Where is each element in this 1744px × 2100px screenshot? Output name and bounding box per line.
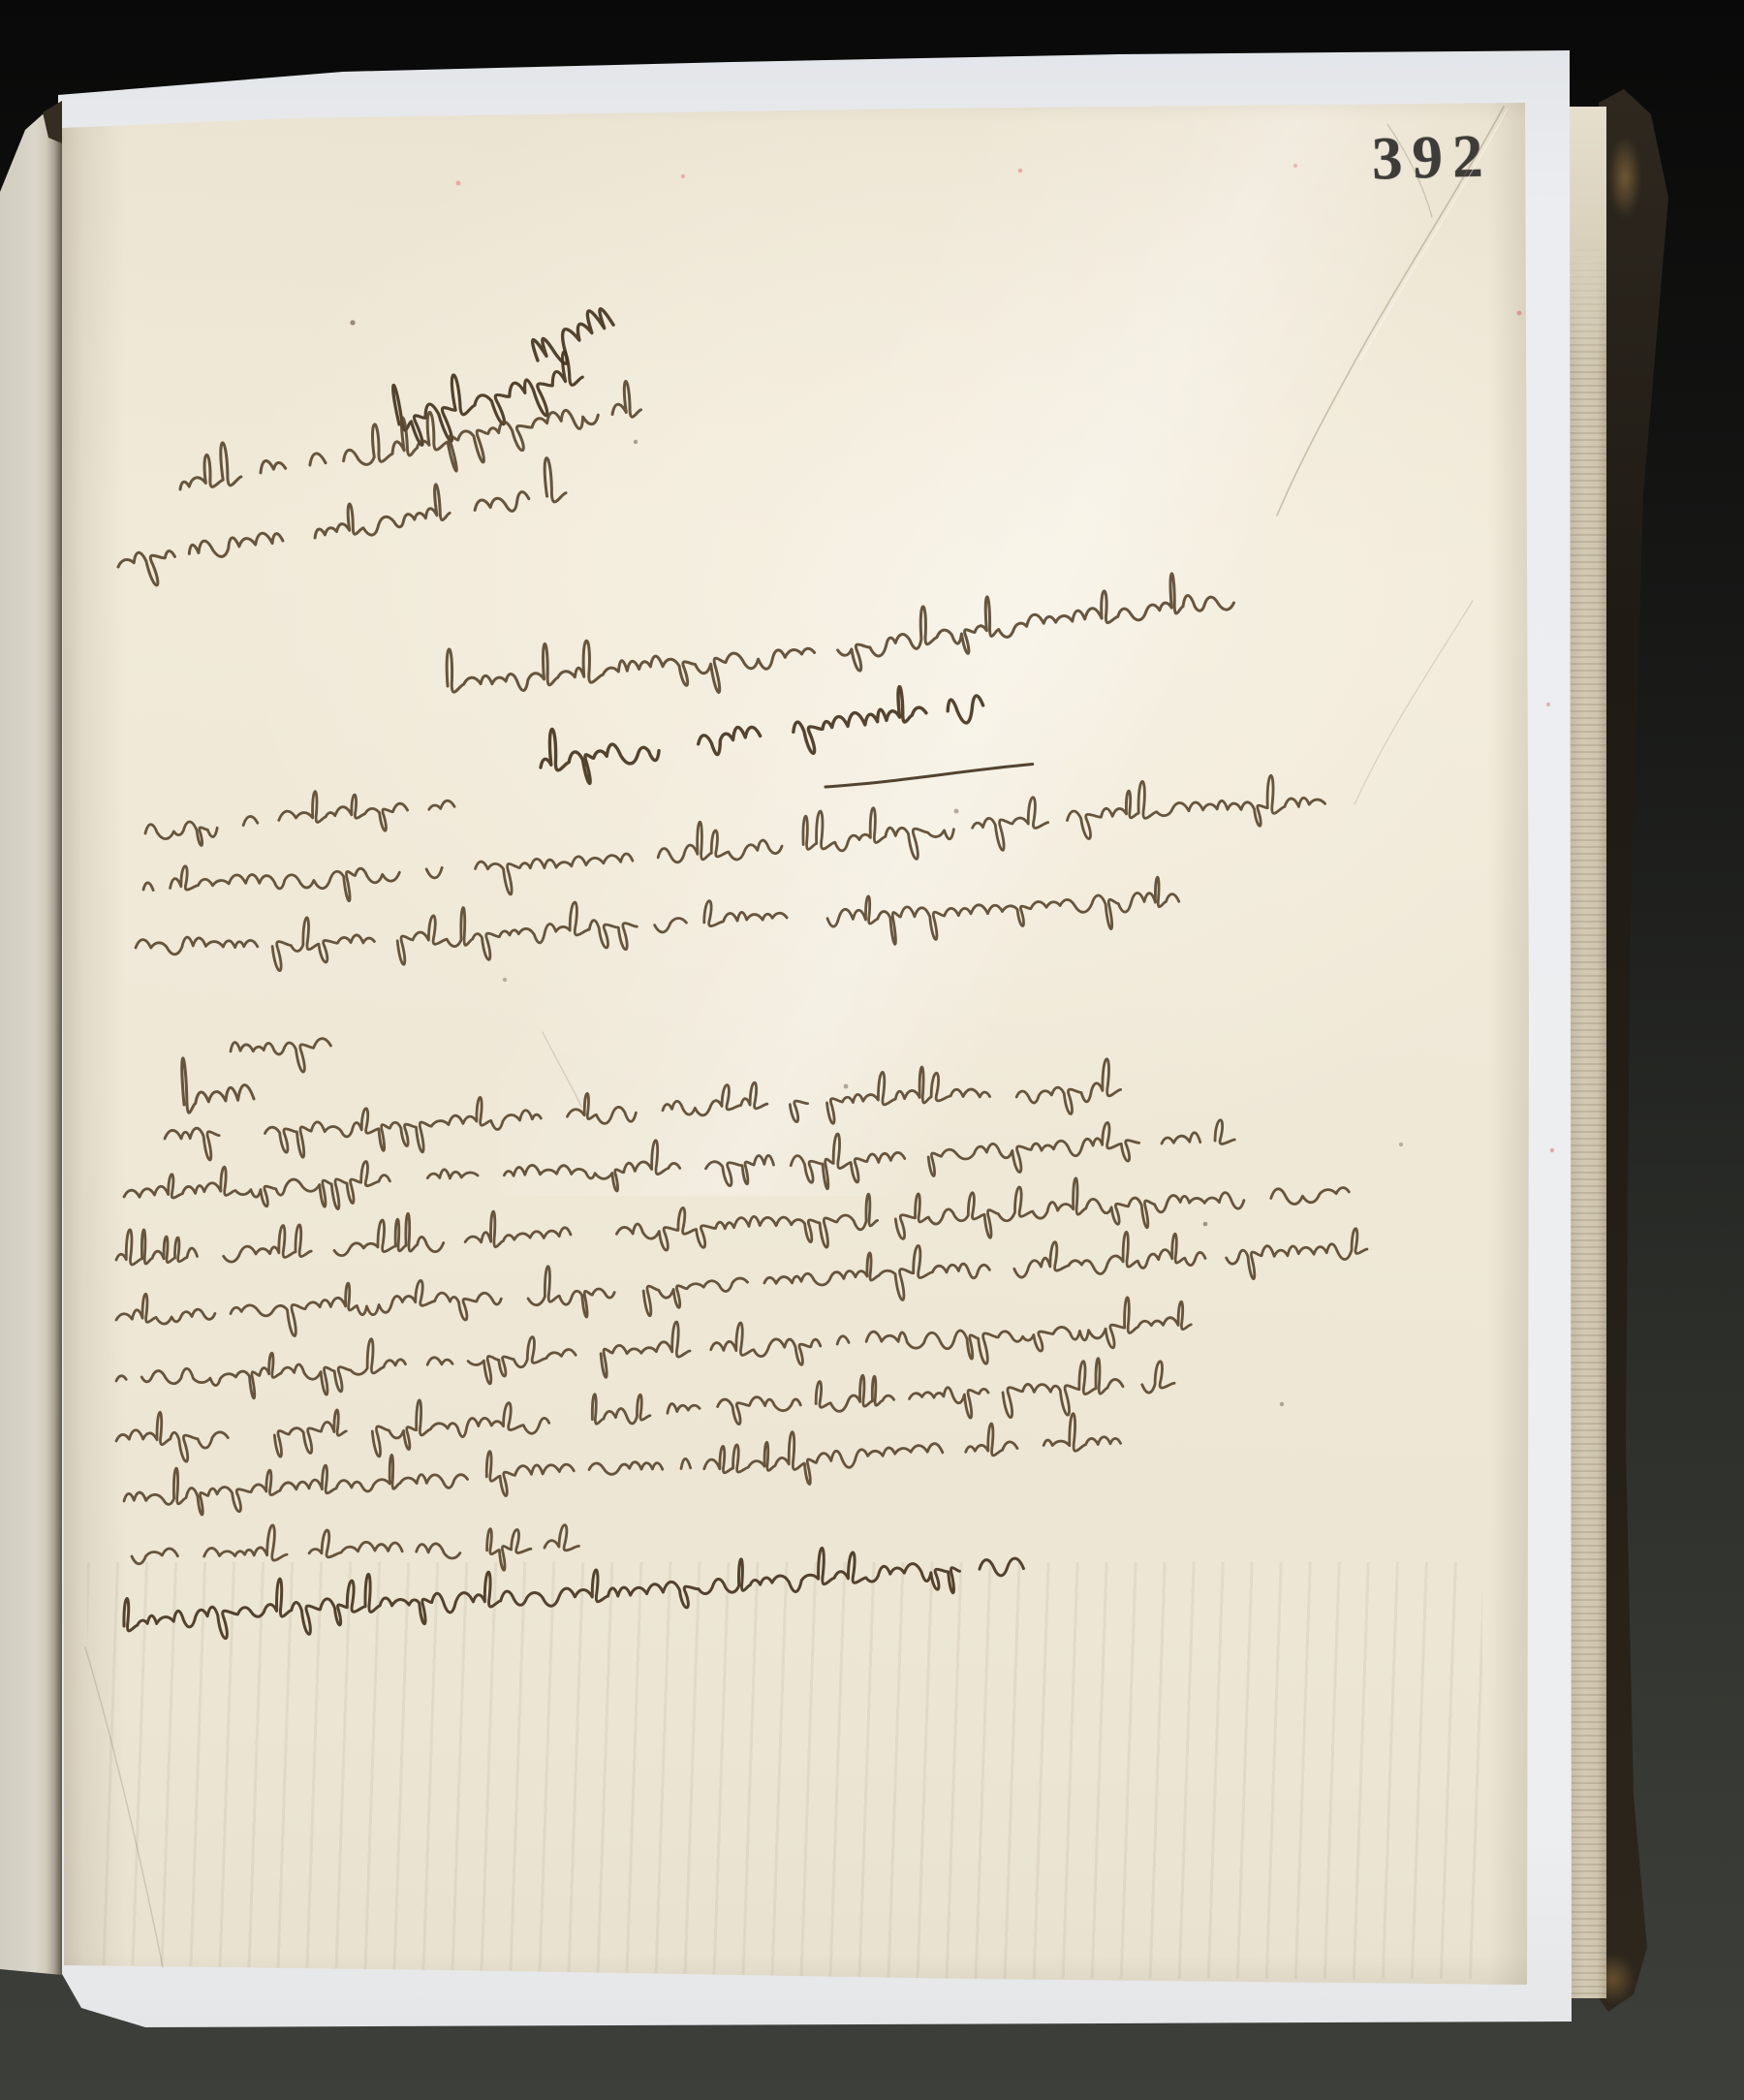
page-light-sheen (501, 97, 1533, 1196)
photograph-of-manuscript: 392 (0, 0, 1744, 2100)
page-wrinkle-texture (87, 1562, 1482, 1979)
cover-worn-corner-top (1608, 136, 1641, 219)
left-gutter-pages (0, 105, 62, 1985)
page-block-fore-edge (1570, 107, 1606, 1998)
foxing-specks (0, 0, 2, 2)
manuscript-page: 392 (58, 97, 1533, 1992)
page-number-stamp: 392 (1371, 120, 1493, 194)
